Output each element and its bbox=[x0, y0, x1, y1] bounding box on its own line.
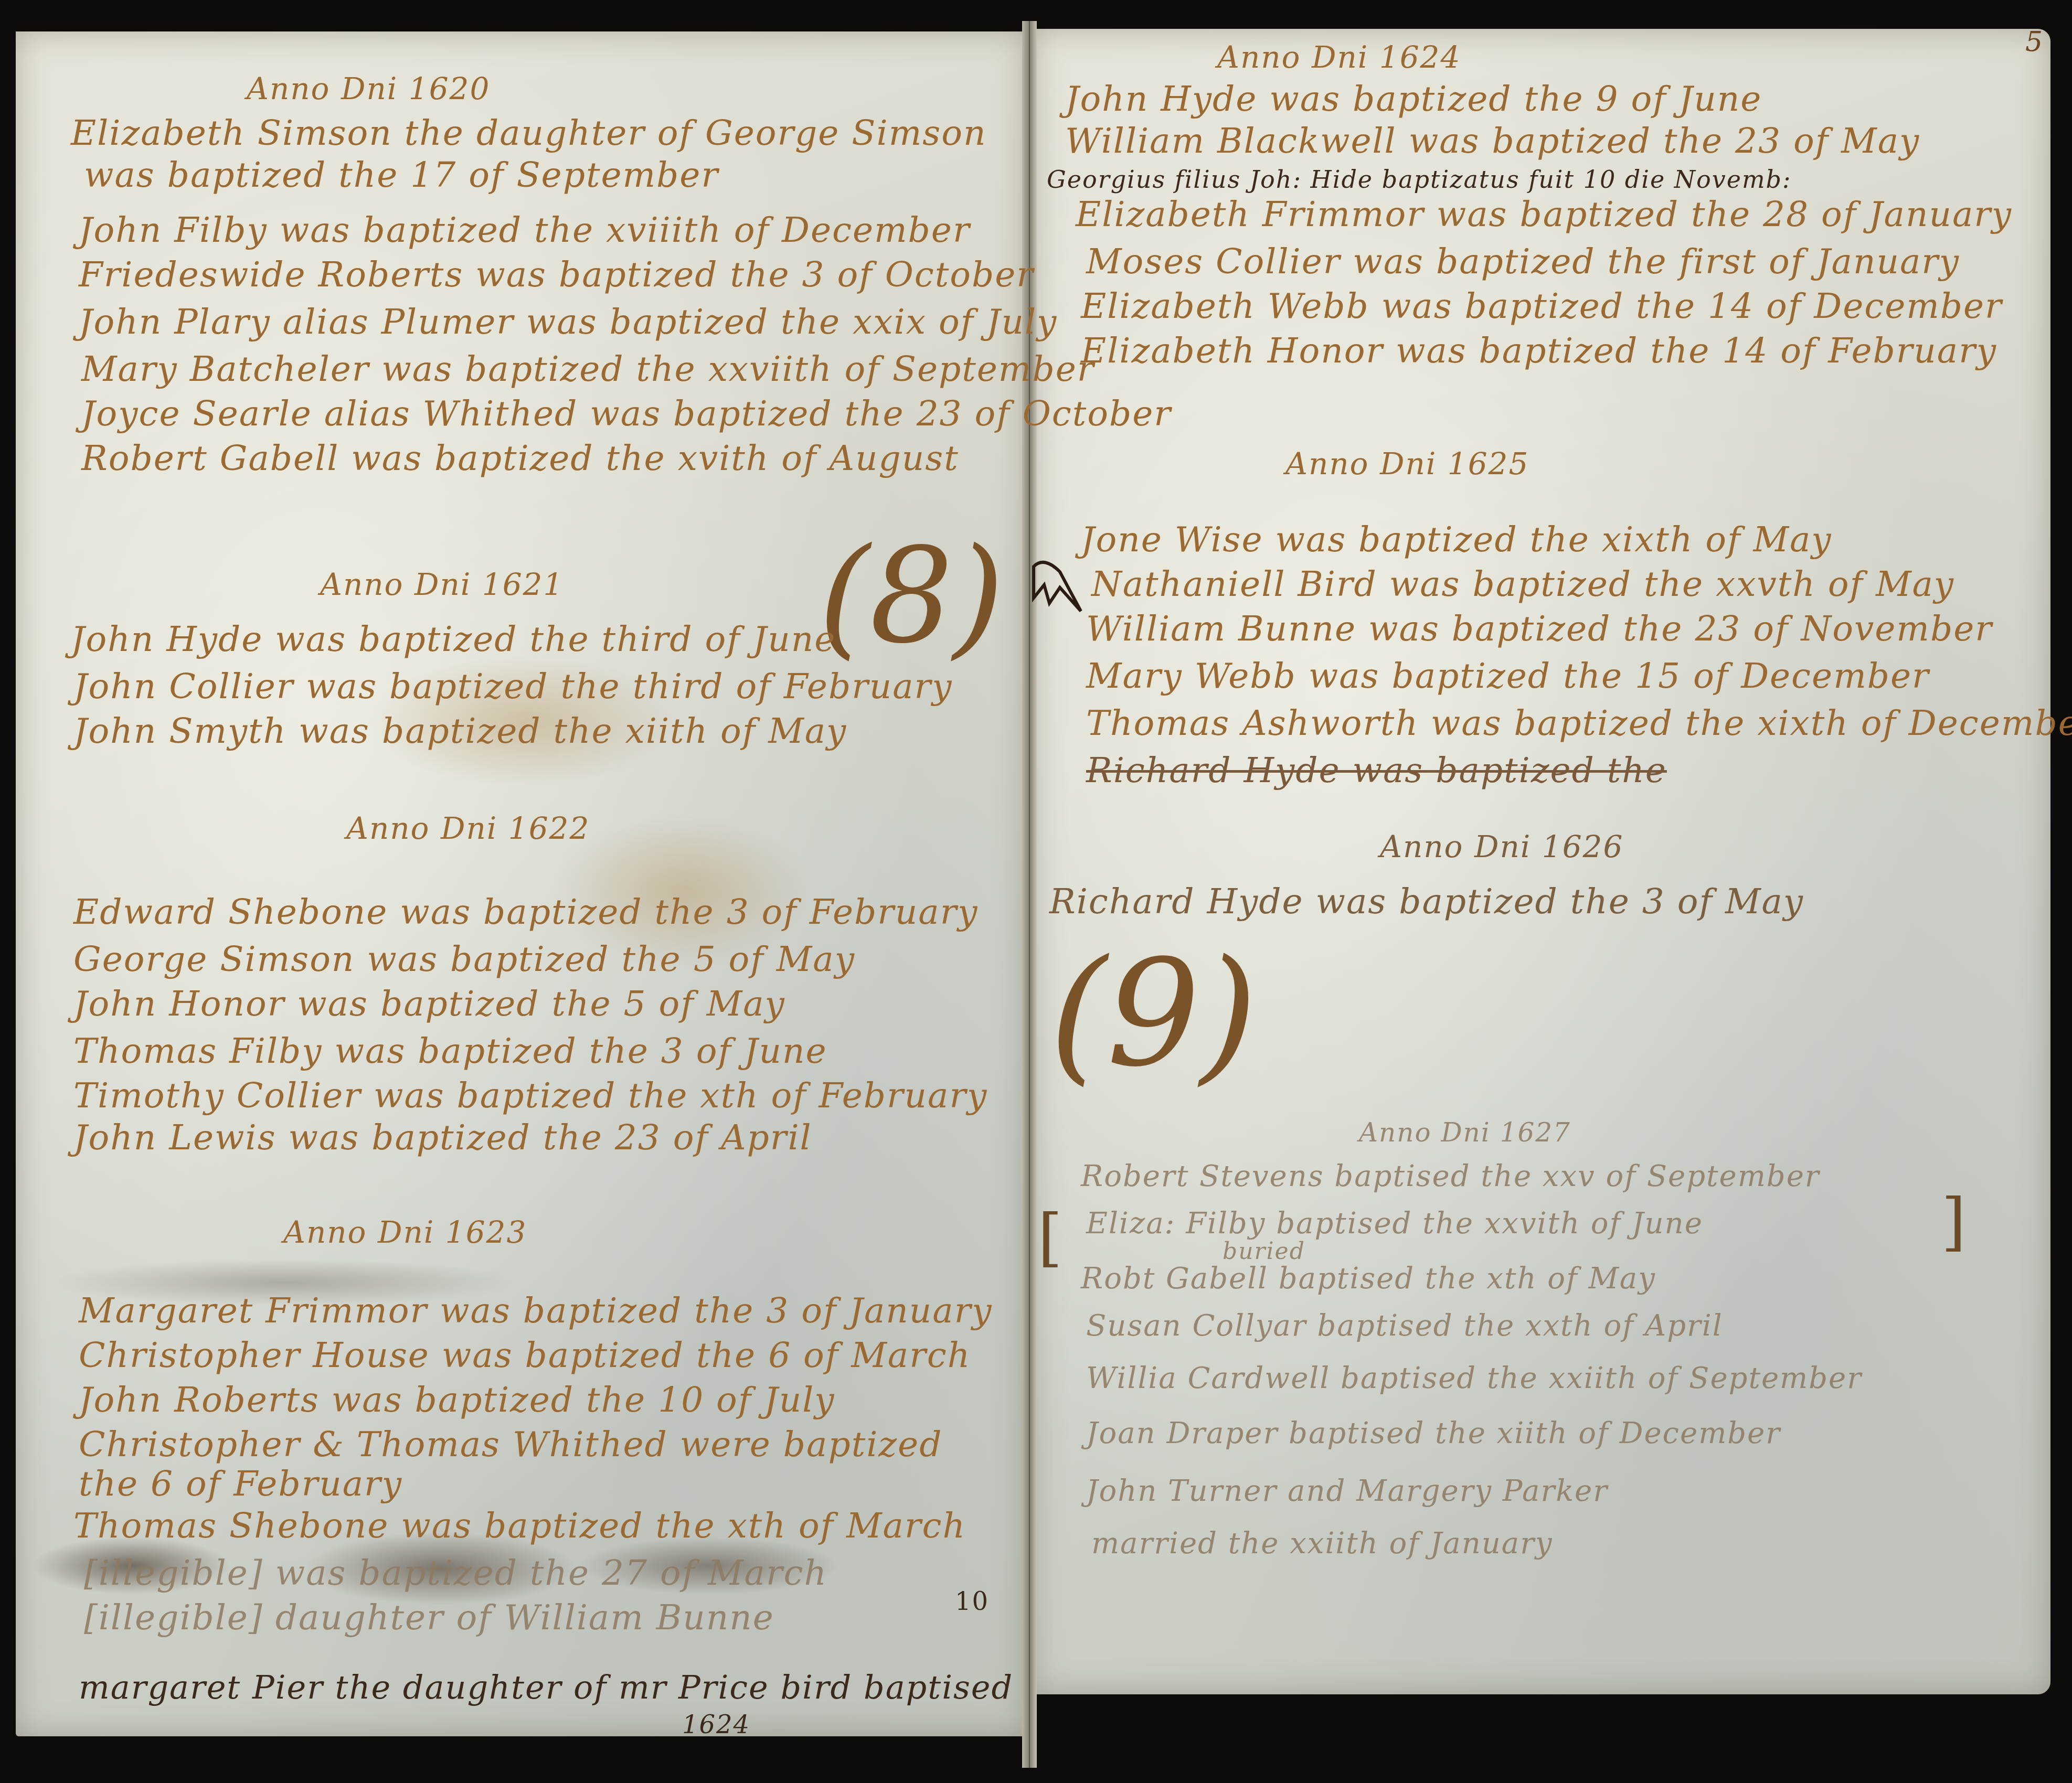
bracket-open: [ bbox=[1038, 1201, 1062, 1274]
entry: Mary Webb was baptized the 15 of Decembe… bbox=[1086, 656, 1930, 696]
margin-number: 10 bbox=[955, 1587, 989, 1616]
entry: Elizabeth Simson the daughter of George … bbox=[71, 113, 986, 153]
manicule-pointer-icon bbox=[1028, 556, 1086, 616]
interlined-latin-note: Georgius filius Joh: Hide baptizatus fui… bbox=[1047, 165, 1792, 194]
entry: Thomas Ashworth was baptized the xixth o… bbox=[1086, 703, 2072, 743]
year-heading-1627: Anno Dni 1627 bbox=[1359, 1117, 1571, 1148]
bracket-close: ] bbox=[1941, 1186, 1966, 1258]
folio-mark-8: (8) bbox=[819, 519, 1004, 672]
entry: Nathaniell Bird was baptized the xxvth o… bbox=[1091, 564, 1954, 604]
entry: Susan Collyar baptised the xxth of April bbox=[1086, 1309, 1723, 1343]
entry: Mary Batcheler was baptized the xxviith … bbox=[81, 349, 1095, 389]
entry: Edward Shebone was baptized the 3 of Feb… bbox=[73, 892, 979, 932]
entry: Robert Stevens baptised the xxv of Septe… bbox=[1081, 1159, 1820, 1193]
entry: John Hyde was baptized the third of June bbox=[71, 619, 836, 659]
entry: Elizabeth Webb was baptized the 14 of De… bbox=[1081, 286, 2003, 326]
interlined-word: buried bbox=[1223, 1238, 1305, 1265]
entry: Moses Collier was baptized the first of … bbox=[1086, 241, 1960, 282]
entry: Robert Gabell was baptized the xvith of … bbox=[81, 438, 959, 478]
entry: the 6 of February bbox=[79, 1464, 402, 1504]
entry: Elizabeth Honor was baptized the 14 of F… bbox=[1081, 330, 1997, 371]
entry: Joyce Searle alias Whithed was baptized … bbox=[81, 393, 1172, 434]
entry: John Honor was baptized the 5 of May bbox=[73, 984, 785, 1024]
year-heading-1624: Anno Dni 1624 bbox=[1217, 39, 1461, 75]
later-note-year: 1624 bbox=[682, 1710, 750, 1739]
entry: Richard Hyde was baptized the 3 of May bbox=[1049, 881, 1804, 922]
entry: Christopher & Thomas Whithed were baptiz… bbox=[79, 1424, 942, 1465]
entry: William Blackwell was baptized the 23 of… bbox=[1065, 121, 1920, 161]
entry: Friedeswide Roberts was baptized the 3 o… bbox=[79, 254, 1034, 295]
struck-entry: Richard Hyde was baptized the bbox=[1086, 750, 1667, 791]
entry: Joan Draper baptised the xiith of Decemb… bbox=[1086, 1416, 1781, 1450]
entry: was baptized the 17 of September bbox=[84, 155, 719, 195]
year-heading-1620: Anno Dni 1620 bbox=[247, 71, 490, 106]
entry: William Bunne was baptized the 23 of Nov… bbox=[1086, 608, 1993, 649]
year-heading-1622: Anno Dni 1622 bbox=[346, 810, 590, 846]
entry: Margaret Frimmor was baptized the 3 of J… bbox=[79, 1290, 992, 1331]
later-note: margaret Pier the daughter of mr Price b… bbox=[79, 1668, 1013, 1706]
entry: John Turner and Margery Parker bbox=[1086, 1474, 1608, 1508]
entry: Christopher House was baptized the 6 of … bbox=[79, 1335, 971, 1375]
entry: Elizabeth Frimmor was baptized the 28 of… bbox=[1076, 194, 2012, 234]
folio-mark-9: (9) bbox=[1049, 928, 1258, 1099]
entry-illegible: [illegible] daughter of William Bunne bbox=[84, 1597, 774, 1638]
entry: John Collier was baptized the third of F… bbox=[73, 666, 952, 707]
page-number: 5 bbox=[2025, 26, 2043, 58]
entry-illegible: [illegible] was baptized the 27 of March bbox=[84, 1553, 827, 1593]
entry: Eliza: Filby baptised the xxvith of June bbox=[1086, 1207, 1703, 1241]
year-heading-1626: Anno Dni 1626 bbox=[1380, 829, 1623, 864]
entry: John Hyde was baptized the 9 of June bbox=[1065, 79, 1762, 119]
entry: John Lewis was baptized the 23 of April bbox=[73, 1117, 812, 1158]
entry: John Filby was baptized the xviiith of D… bbox=[79, 210, 970, 250]
entry: George Simson was baptized the 5 of May bbox=[73, 939, 855, 979]
entry: Robt Gabell baptised the xth of May bbox=[1081, 1262, 1656, 1296]
year-heading-1621: Anno Dni 1621 bbox=[320, 567, 564, 602]
entry: Willia Cardwell baptised the xxiith of S… bbox=[1086, 1361, 1862, 1395]
year-heading-1623: Anno Dni 1623 bbox=[283, 1214, 527, 1250]
entry: Thomas Shebone was baptized the xth of M… bbox=[73, 1506, 966, 1546]
entry: Jone Wise was baptized the xixth of May bbox=[1081, 519, 1832, 560]
entry: John Plary alias Plumer was baptized the… bbox=[79, 302, 1057, 342]
entry: John Smyth was baptized the xiith of May bbox=[73, 711, 847, 751]
year-heading-1625: Anno Dni 1625 bbox=[1285, 446, 1529, 482]
entry: Timothy Collier was baptized the xth of … bbox=[73, 1075, 987, 1116]
entry: John Roberts was baptized the 10 of July bbox=[79, 1380, 835, 1420]
entry: Thomas Filby was baptized the 3 of June bbox=[73, 1031, 827, 1071]
entry: married the xxiith of January bbox=[1091, 1526, 1553, 1561]
